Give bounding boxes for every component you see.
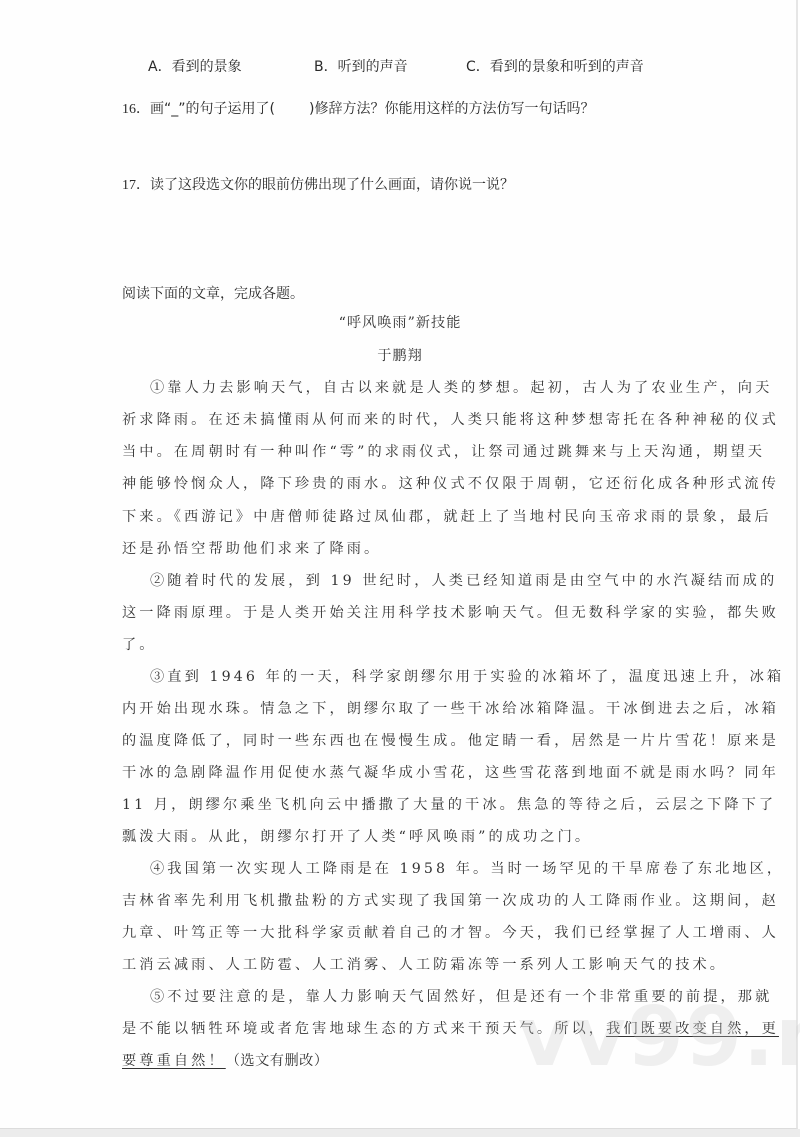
article-text: 是不能以牺牲环境或者危害地球生态的方式来干预天气。所以， (122, 1021, 606, 1037)
answer-options: A．看到的景象 B．听到的声音 C．看到的景象和听到的声音 (148, 56, 668, 78)
article-line: 吉林省率先利用飞机撒盐粉的方式实现了我国第一次成功的人工降雨作业。这期间，赵 (122, 891, 779, 911)
article-line: 要尊重自然！（选文有删改） (122, 1051, 329, 1071)
article-line: 了。 (122, 635, 157, 655)
option-b: B．听到的声音 (314, 56, 408, 76)
article-title: “呼风唤雨”新技能 (0, 313, 800, 333)
article-line: 祈求降雨。在还未搞懂雨从何而来的时代，人类只能将这种梦想寄托在各种神秘的仪式 (122, 410, 779, 430)
article-line: 这一降雨原理。于是人类开始关注用科学技术影响天气。但无数科学家的实验，都失败 (122, 603, 779, 623)
article-line: 干冰的急剧降温作用促使水蒸气凝华成小雪花，这些雪花落到地面不就是雨水吗？同年 (122, 763, 779, 783)
article-author: 于鹏翔 (0, 346, 800, 366)
question-17: 17．读了这段选文你的眼前仿佛出现了什么画面，请你说一说？ (122, 175, 514, 196)
underlined-sentence: 我们既要改变自然，更 (606, 1021, 779, 1037)
page-bottom-edge (0, 1129, 800, 1137)
article-line: ①靠人力去影响天气，自古以来就是人类的梦想。起初，古人为了农业生产，向天 (150, 378, 772, 398)
article-line: 下来。《西游记》中唐僧师徒路过凤仙郡，就赶上了当地村民向玉帝求雨的景象，最后 (122, 507, 772, 527)
article-line: 是不能以牺牲环境或者危害地球生态的方式来干预天气。所以，我们既要改变自然，更 (122, 1019, 779, 1039)
article-line: ③直到 1946 年的一天，科学家朗缪尔用于实验的冰箱坏了，温度迅速上升，冰箱 (150, 667, 784, 687)
article-line: 11 月，朗缪尔乘坐飞机向云中播撒了大量的干冰。焦急的等待之后，云层之下降下了 (122, 795, 776, 815)
question-16: 16．画“_”的句子运用了()修辞方法？你能用这样的方法仿写一句话吗？ (122, 99, 594, 120)
article-note: （选文有删改） (226, 1053, 329, 1069)
article-line: 神能够怜悯众人，降下珍贵的雨水。这种仪式不仅限于周朝，它还衍化成各种形式流传 (122, 474, 779, 494)
article-line: 还是孙悟空帮助他们求来了降雨。 (122, 539, 381, 559)
question-text: 读了这段选文你的眼前仿佛出现了什么画面，请你说一说？ (150, 177, 514, 193)
article-line: ②随着时代的发展，到 19 世纪时，人类已经知道雨是由空气中的水汽凝结而成的 (150, 571, 777, 591)
article-line: 当中。在周朝时有一种叫作“雩”的求雨仪式，让祭司通过跳舞来与上天沟通，期望天 (122, 442, 765, 462)
underlined-sentence: 要尊重自然！ (122, 1053, 226, 1069)
article-line: 的温度降低了，同时一些东西也在慢慢生成。他定睛一看，居然是一片片雪花！原来是 (122, 731, 779, 751)
article-line: 工消云减雨、人工防雹、人工消雾、人工防霜冻等一系列人工影响天气的技术。 (122, 955, 727, 975)
question-number: 17． (122, 178, 150, 193)
question-number: 16． (122, 102, 150, 117)
document-page: A．看到的景象 B．听到的声音 C．看到的景象和听到的声音 16．画“_”的句子… (0, 0, 798, 1129)
reading-instruction: 阅读下面的文章，完成各题。 (122, 284, 304, 304)
question-text-part: 画“ (150, 101, 171, 117)
question-text-part: ”的句子运用了( (178, 101, 275, 117)
option-a: A．看到的景象 (148, 56, 242, 76)
question-text-part: )修辞方法？你能用这样的方法仿写一句话吗？ (309, 101, 594, 117)
article-line: 内开始出现水珠。情急之下，朗缪尔取了一些干冰给冰箱降温。干冰倒进去之后，冰箱 (122, 699, 779, 719)
article-line: ⑤不过要注意的是，靠人力影响天气固然好，但是还有一个非常重要的前提，那就 (150, 987, 772, 1007)
article-line: 瓢泼大雨。从此，朗缪尔打开了人类“呼风唤雨”的成功之门。 (122, 827, 592, 847)
article-line: ④我国第一次实现人工降雨是在 1958 年。当时一场罕见的干旱席卷了东北地区， (150, 859, 784, 879)
option-c: C．看到的景象和听到的声音 (466, 56, 644, 76)
article-line: 九章、叶笃正等一大批科学家贡献着自己的才智。今天，我们已经掌握了人工增雨、人 (122, 923, 779, 943)
